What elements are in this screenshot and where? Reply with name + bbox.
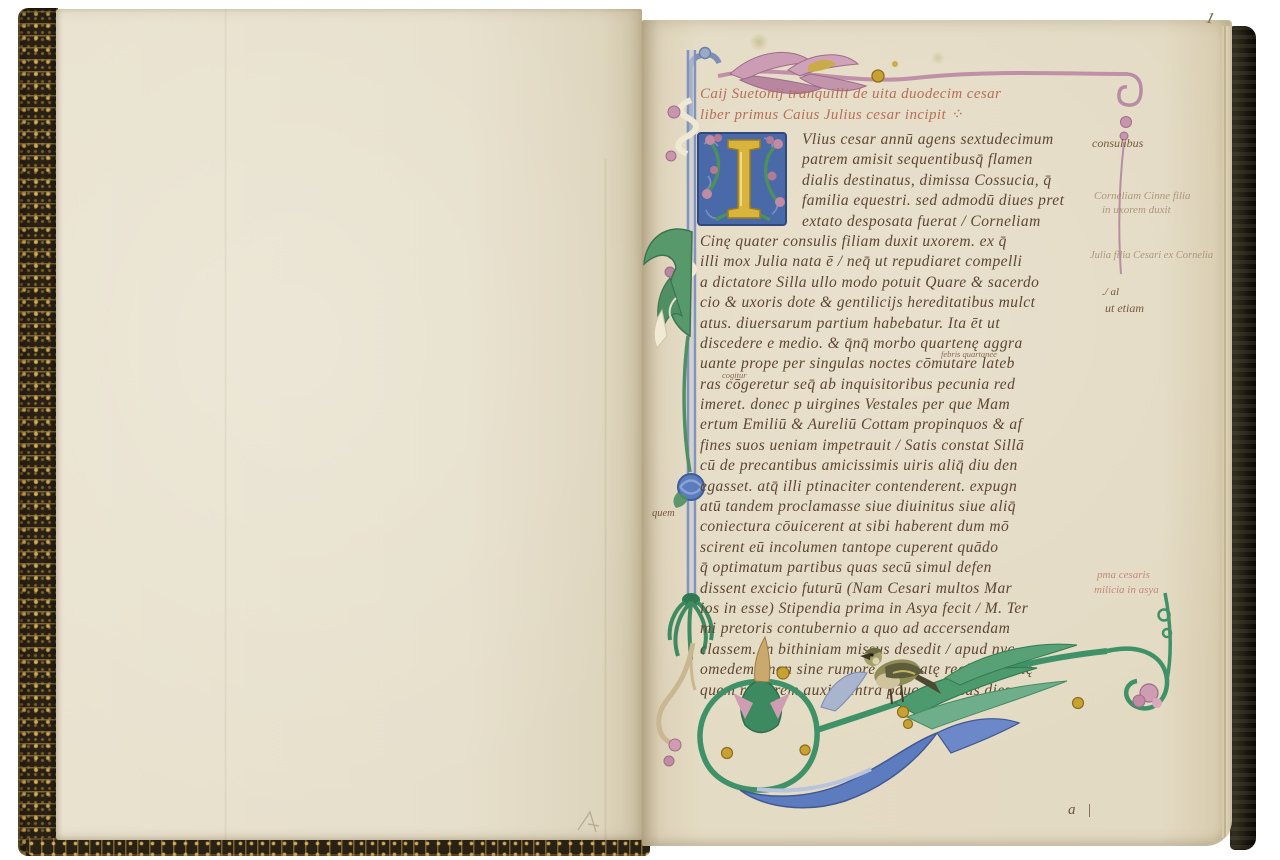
text-line: ertum Emiliū & Aureliū Cottam propinquos… (700, 416, 1100, 436)
text-line: q̄ optimatum partibus quas secū simul de… (700, 559, 1100, 579)
text-line: atus. diuersarum partium habebatur. Ita … (700, 315, 1100, 335)
catchword: a | (1068, 802, 1095, 819)
right-cover-edge (1230, 26, 1256, 850)
gold-dot (904, 720, 913, 729)
text-line: cio & uxoris dote & gentilicijs heredita… (700, 294, 1100, 314)
interlinear-gloss: cogitur (722, 370, 747, 380)
rubric-line-1: Caij Suetonij tranquilli de uita duodeci… (700, 84, 1120, 105)
margin-note: consulibus (1092, 136, 1143, 151)
text-line: Vlius cesar annū agens sextudecimum (700, 131, 1100, 151)
interlinear-gloss: febris quartanee (941, 349, 997, 359)
gold-dot (872, 70, 884, 82)
margin-note: ut etiam (1105, 301, 1144, 316)
text-line: cū de precantibus amicissimis uiris aliq… (700, 457, 1100, 477)
margin-note: Corneliam Cinne filia (1094, 190, 1191, 202)
margin-note-left: quem (652, 508, 675, 519)
text-line: coniectura cōuicerent at sibi haberent d… (700, 518, 1100, 538)
gilt-tooled-bottom-cover-edge (26, 838, 650, 856)
gold-dot (800, 745, 810, 755)
text-line: familia equestri. sed admodū diues pret (700, 192, 1100, 212)
text-line: extato desposata fuerat / Corneliam (700, 213, 1100, 233)
corner-spiral (1119, 74, 1141, 105)
margin-note: in uxorem duxit (1102, 204, 1171, 216)
page-stack-edge (1222, 26, 1230, 838)
margin-note: ./ al (1102, 286, 1119, 298)
text-line: patrem amisit sequentibusq̄ flamen (700, 151, 1100, 171)
blue-acanthus (740, 733, 937, 808)
text-line: fines suos ueniam impetrauit / Satis con… (700, 437, 1100, 457)
text-line: uante prope per singulas noctes cōmutare… (700, 355, 1100, 375)
gold-dot (1073, 698, 1084, 709)
tan-ribbon-curl (659, 643, 693, 743)
blank-verso-page (56, 9, 642, 840)
margin-note-red: pma cesaris (1097, 569, 1150, 581)
photo-of-open-manuscript: 1 (0, 0, 1280, 860)
page-crease (604, 159, 607, 849)
gilt-tooled-left-cover-edge (18, 8, 58, 856)
flower-spike (755, 637, 770, 682)
text-line: egasset. atq̄ illi ptinaciter contendere… (700, 478, 1100, 498)
text-line: imeret. donec p uirgines Vestales per qu… (700, 396, 1100, 416)
text-line: illi mox Julia nata ē / neq̄ ut repudiar… (700, 253, 1100, 273)
bottom-border-vine-ornament (645, 585, 1190, 820)
text-line: a dictatore Silla ullo modo potuit Quare… (700, 274, 1100, 294)
margin-note: Julia filia Cesari ex Cornelia (1090, 250, 1213, 261)
text-line: ras cōgeretur seq̄ ab inquisitoribus pec… (700, 376, 1100, 396)
rubric-incipit: Caij Suetonij tranquilli de uita duodeci… (700, 84, 1120, 126)
gold-dot (892, 61, 898, 67)
gold-dot (722, 748, 733, 759)
gold-dot (898, 707, 909, 718)
text-line: Cinę quater consulis filiam duxit uxorem… (700, 233, 1100, 253)
rubric-line-2: liber primus Caius Julius cesar incipit … (700, 105, 1120, 126)
text-line: dialis destinatus, dimissa Cossucia, q̄ (700, 172, 1100, 192)
text-line: atū tandem proclamasse siue diuinitus si… (700, 498, 1100, 518)
pencil-mark (566, 796, 616, 846)
text-line: discedere e medio. & q̄nq̄ morbo quarten… (700, 335, 1100, 355)
gold-dot (777, 667, 789, 679)
page-crease (224, 9, 227, 840)
text-line: scirent eū incolumen tantope cuperent qu… (700, 539, 1100, 559)
